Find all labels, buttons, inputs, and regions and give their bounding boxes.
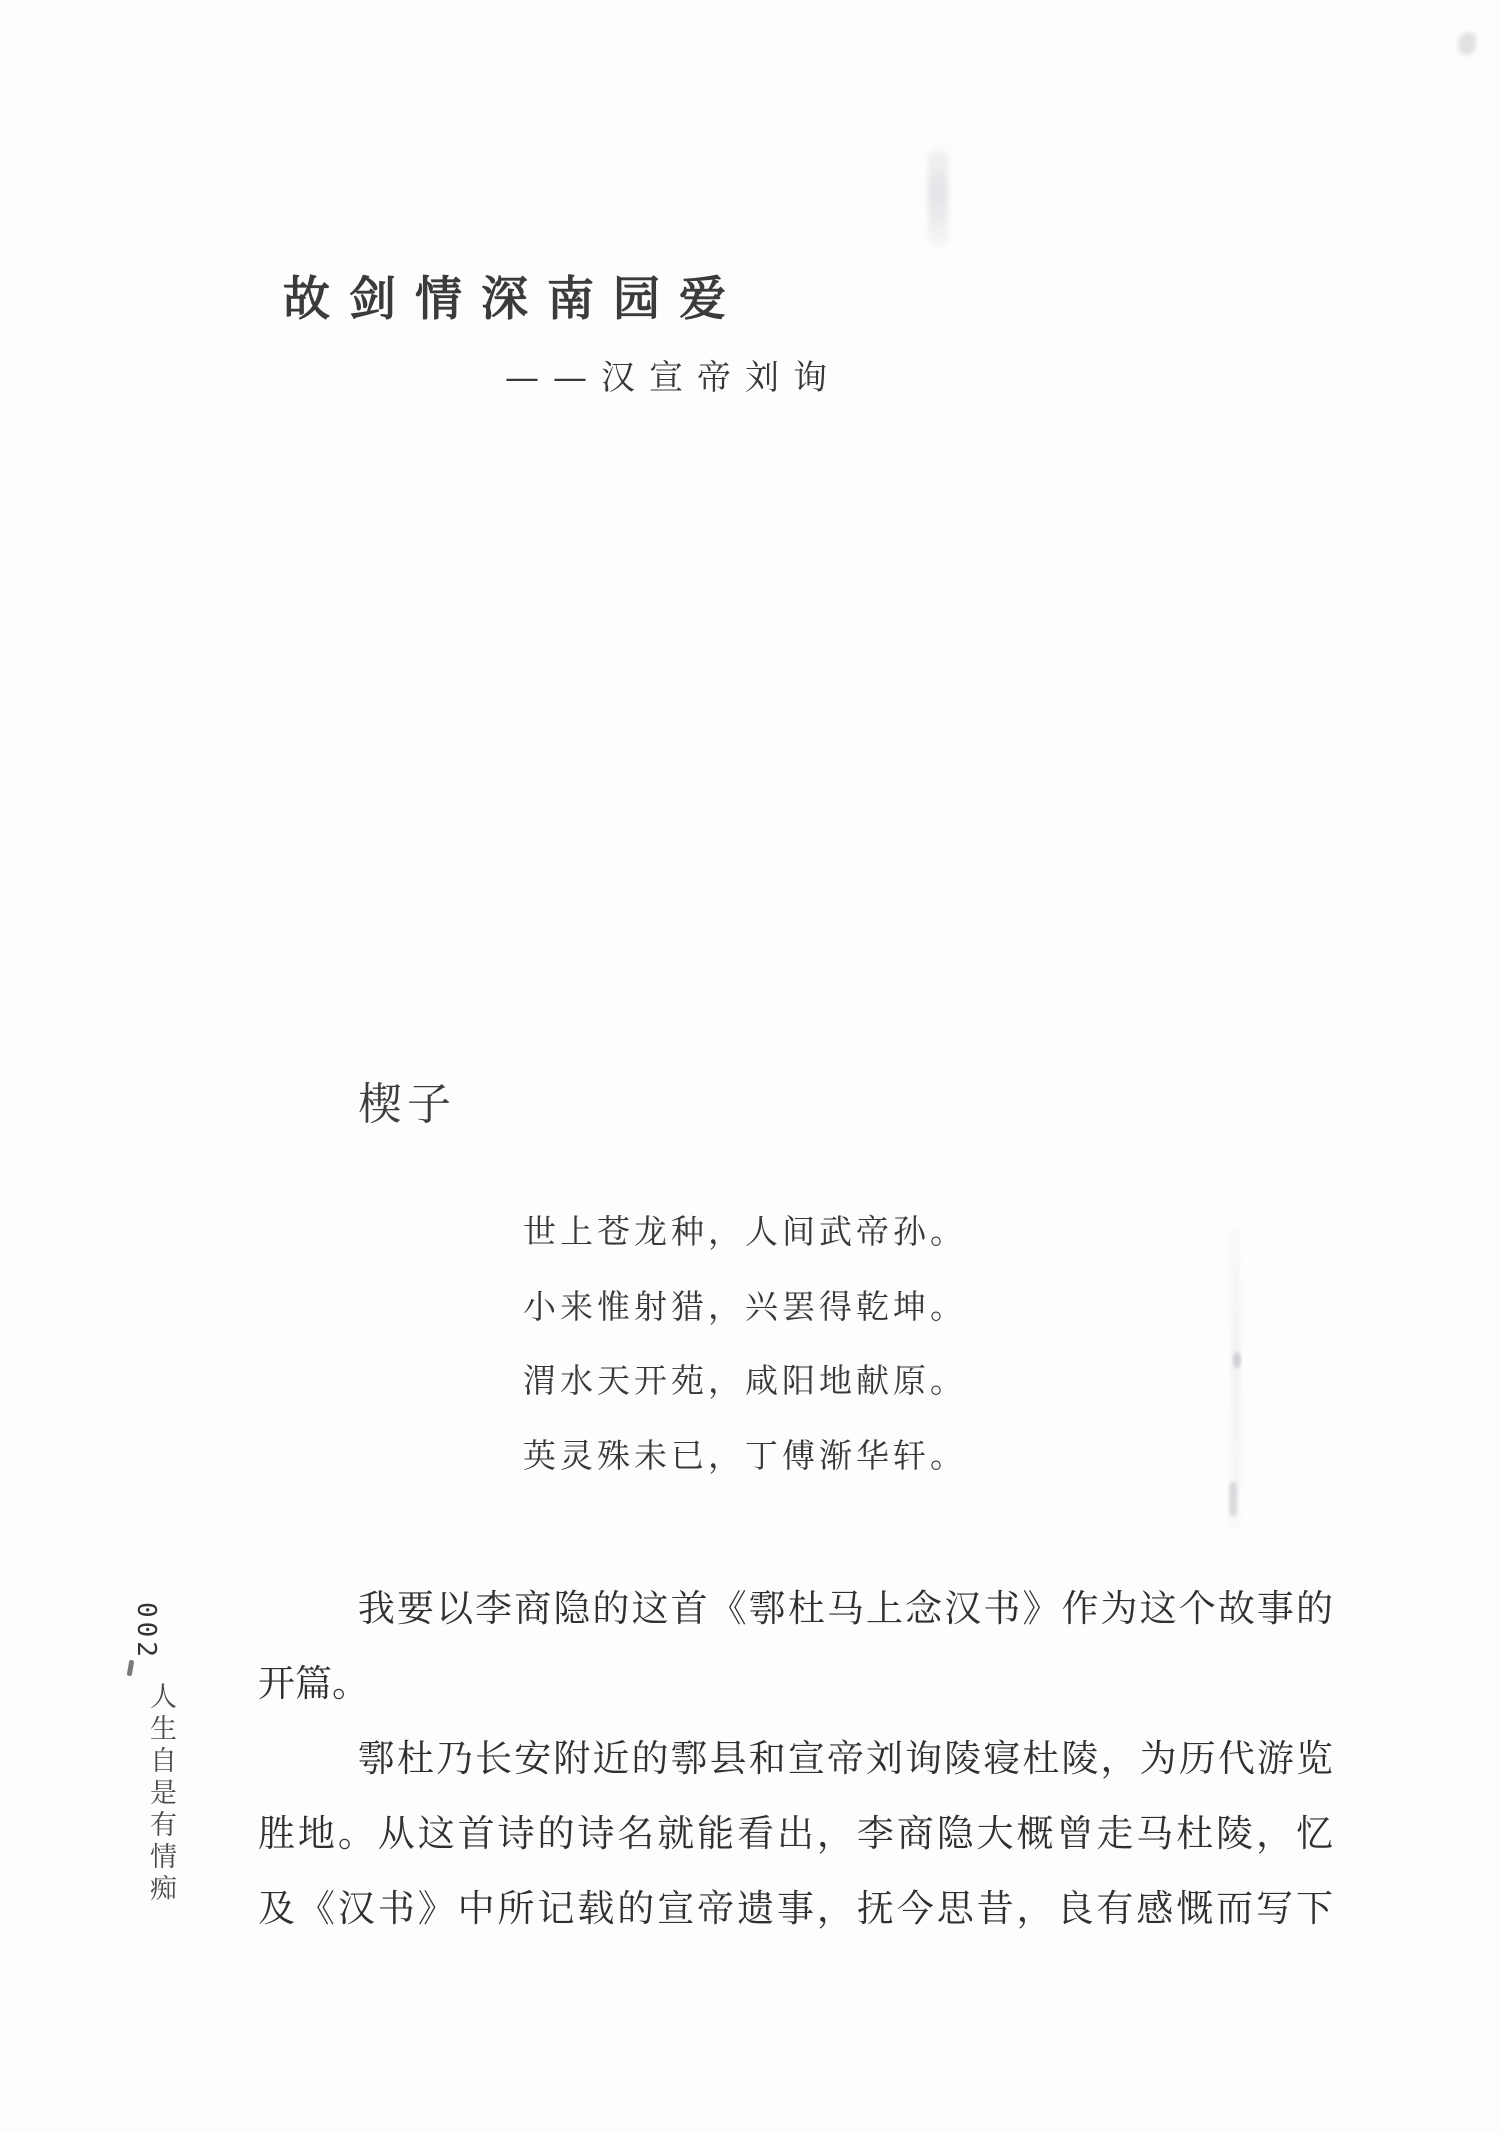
book-page: 故剑情深南园爱 ——汉宣帝刘询 楔子 世上苍龙种，人间武帝孙。小来惟射猎，兴罢得…: [0, 0, 1500, 2133]
poem-line: 渭水天开苑，咸阳地献原。: [523, 1355, 967, 1430]
paragraph-line: 及《汉书》中所记载的宣帝遗事，抚今思昔，良有感慨而写下: [258, 1878, 1333, 1953]
scan-smudge: [928, 150, 948, 246]
margin-separator-mark: [127, 1660, 135, 1677]
poem-line: 世上苍龙种，人间武帝孙。: [523, 1206, 967, 1281]
paragraph-line: 开篇。: [258, 1653, 1333, 1728]
paragraph-line: 鄠杜乃长安附近的鄠县和宣帝刘询陵寝杜陵，为历代游览: [258, 1728, 1333, 1803]
poem: 世上苍龙种，人间武帝孙。小来惟射猎，兴罢得乾坤。渭水天开苑，咸阳地献原。英灵殊未…: [523, 1206, 967, 1504]
margin-book-title: 人生自是有情痴: [141, 1682, 180, 1906]
paragraph-line: 我要以李商隐的这首《鄠杜马上念汉书》作为这个故事的: [258, 1578, 1333, 1653]
scan-speck: [1233, 1352, 1241, 1368]
scan-speck: [1229, 1482, 1237, 1516]
poem-line: 小来惟射猎，兴罢得乾坤。: [523, 1281, 967, 1356]
paragraph-line: 胜地。从这首诗的诗名就能看出，李商隐大概曾走马杜陵，忆: [258, 1803, 1333, 1878]
scan-corner-mark: [1458, 33, 1476, 55]
chapter-subtitle: ——汉宣帝刘询: [505, 350, 841, 399]
poem-line: 英灵殊未已，丁傅渐华轩。: [523, 1430, 967, 1505]
chapter-title: 故剑情深南园爱: [283, 262, 745, 329]
section-heading: 楔子: [358, 1068, 456, 1132]
margin-page-number: 002: [131, 1602, 161, 1661]
body-text: 我要以李商隐的这首《鄠杜马上念汉书》作为这个故事的开篇。鄠杜乃长安附近的鄠县和宣…: [258, 1578, 1333, 1953]
